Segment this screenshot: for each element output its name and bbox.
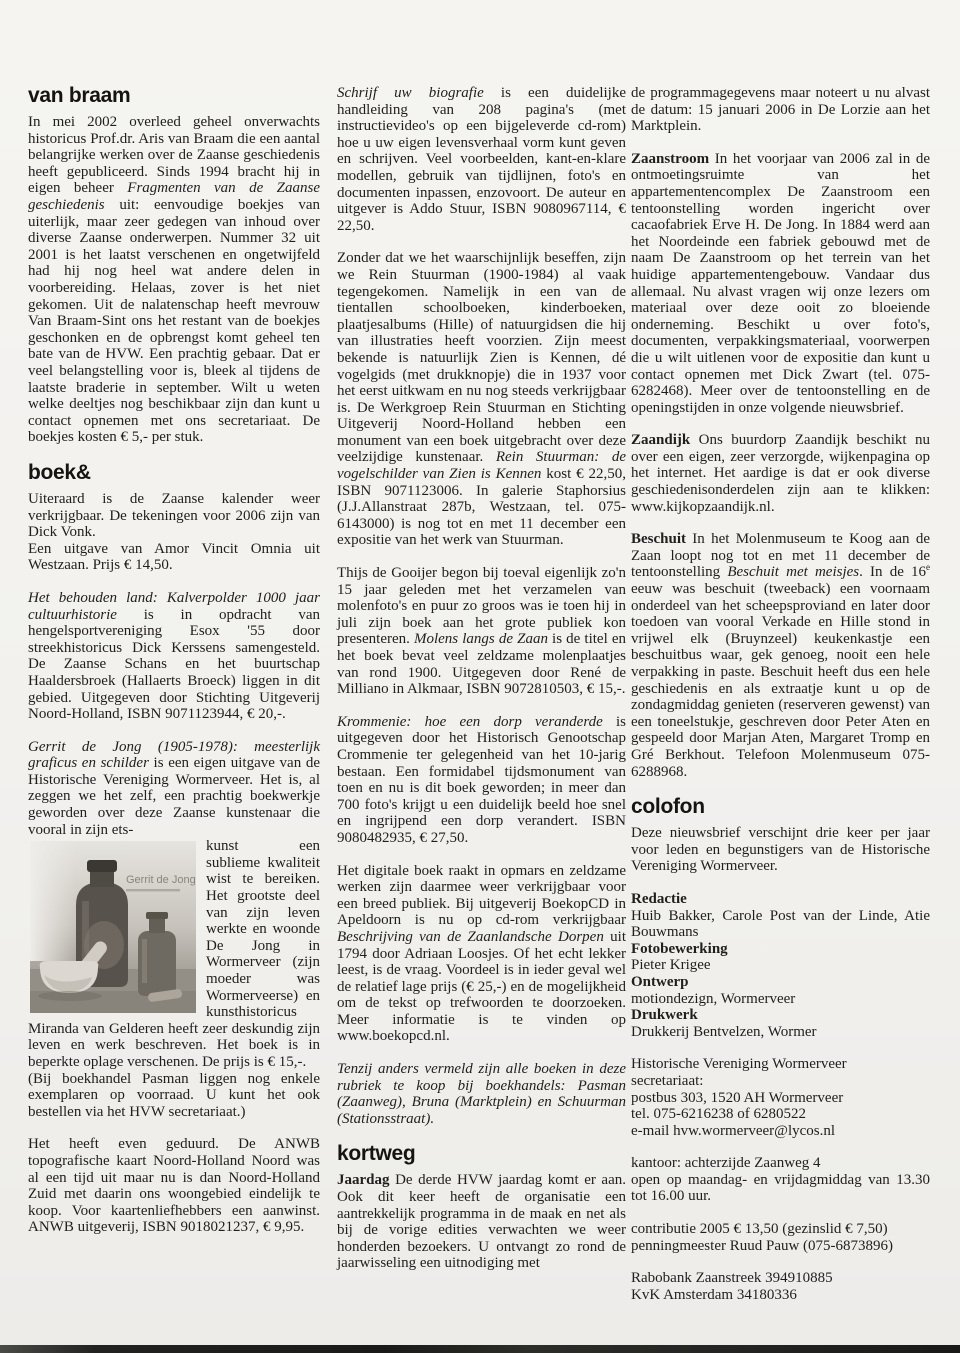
colofon-kantoor: kantoor: achterzijde Zaanweg 4open op ma… xyxy=(631,1155,930,1205)
colofon-bank: Rabobank Zaanstreek 394910885KvK Amsterd… xyxy=(631,1270,930,1303)
photo-title-text: Gerrit de Jong xyxy=(126,874,196,886)
still-life-photo-graphic: Gerrit de Jong xyxy=(30,841,196,1013)
article-anwb-kaart: Het heeft even geduurd. De ANWB topograf… xyxy=(28,1136,320,1236)
heading-boek: boek& xyxy=(28,462,320,484)
article-molens-langs-de-zaan: Thijs de Gooijer begon bij toeval eigenl… xyxy=(337,565,626,698)
column-middle: Schrijf uw biografie is een duidelijke h… xyxy=(337,85,626,1288)
note-boekhandels: Tenzij anders vermeld zijn alle boeken i… xyxy=(337,1061,626,1127)
article-zaanse-kalender: Uiteraard is de Zaanse kalender weer ver… xyxy=(28,491,320,574)
scan-edge-bar xyxy=(0,1345,960,1353)
article-het-behouden-land: Het behouden land: Kalverpolder 1000 jaa… xyxy=(28,590,320,723)
article-jaardag: Jaardag De derde HVW jaardag komt er aan… xyxy=(337,1172,626,1272)
article-van-braam: In mei 2002 overleed geheel onverwachts … xyxy=(28,114,320,446)
article-gerrit-de-jong-intro: Gerrit de Jong (1905-1978): meesterlijk … xyxy=(28,739,320,839)
colofon-credits: RedactieHuib Bakker, Carole Post van der… xyxy=(631,891,930,1040)
article-jaardag-vervolg: de programmagegevens maar noteert u nu a… xyxy=(631,85,930,135)
article-digitale-boek: Het digitale boek raakt in opmars en zel… xyxy=(337,863,626,1046)
article-rein-stuurman: Zonder dat we het waarschijnlijk beseffe… xyxy=(337,250,626,549)
photo-subtitle-line xyxy=(126,889,180,891)
newsletter-page: van braam In mei 2002 overleed geheel on… xyxy=(0,0,960,1353)
article-zaandijk: Zaandijk Ons buurdorp Zaandijk beschikt … xyxy=(631,432,930,515)
colofon-contributie: contributie 2005 € 13,50 (gezinslid € 7,… xyxy=(631,1221,930,1254)
column-right: de programmagegevens maar noteert u nu a… xyxy=(631,85,930,1319)
article-gerrit-de-jong-body: Gerrit de Jong kunst een sublieme kwalit… xyxy=(28,838,320,1120)
colofon-intro: Deze nieuwsbrief verschijnt drie keer pe… xyxy=(631,825,930,875)
article-krommenie: Krommenie: hoe een dorp veranderde is ui… xyxy=(337,714,626,847)
heading-kortweg: kortweg xyxy=(337,1143,626,1165)
article-zaanstroom: Zaanstroom In het voorjaar van 2006 zal … xyxy=(631,151,930,417)
article-beschuit: Beschuit In het Molenmuseum te Koog aan … xyxy=(631,531,930,780)
article-schrijf-uw-biografie: Schrijf uw biografie is een duidelijke h… xyxy=(337,85,626,234)
column-left: van braam In mei 2002 overleed geheel on… xyxy=(28,85,320,1252)
heading-van-braam: van braam xyxy=(28,85,320,107)
colofon-secretariaat: Historische Vereniging Wormerveersecreta… xyxy=(631,1056,930,1139)
heading-colofon: colofon xyxy=(631,796,930,818)
book-cover-photo: Gerrit de Jong xyxy=(30,841,196,1013)
